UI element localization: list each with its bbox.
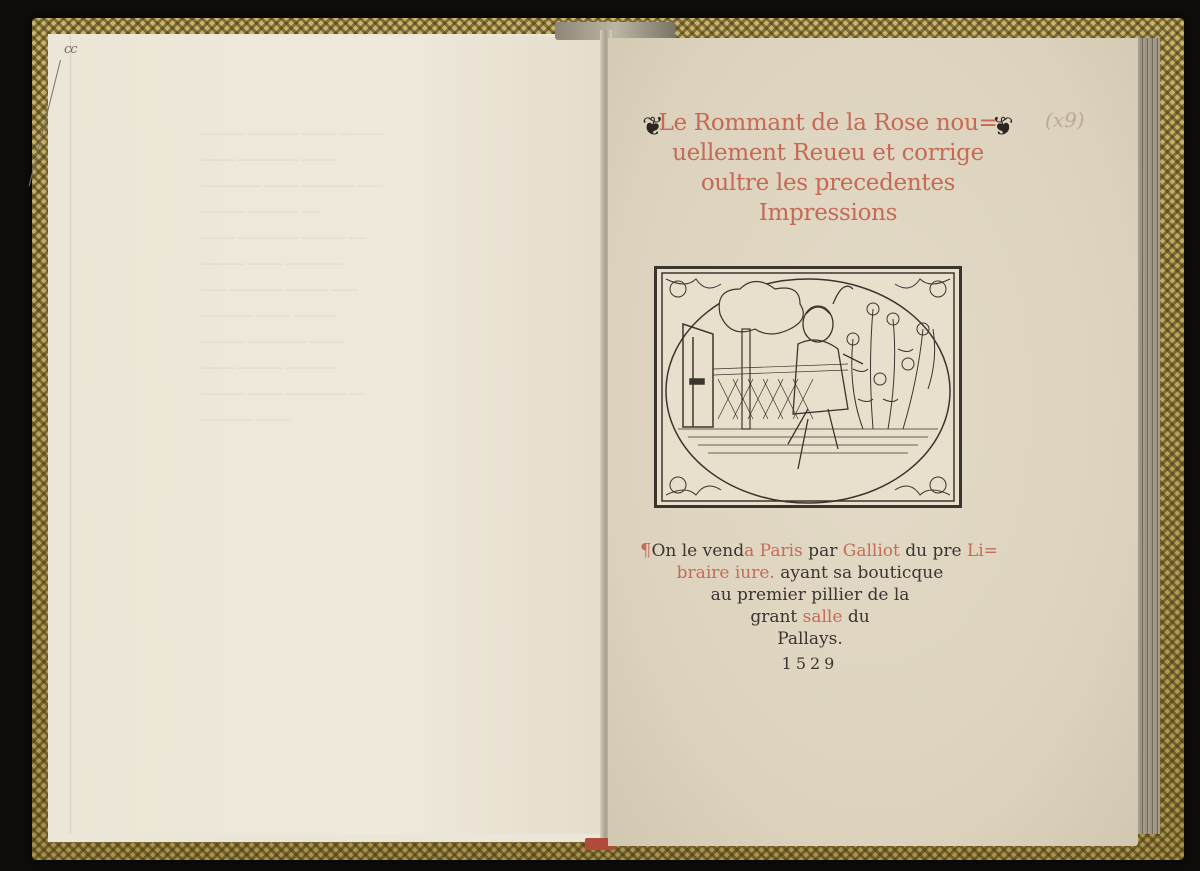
title-line-1: Le Rommant de la Rose nou= — [638, 108, 1018, 138]
page-fore-edge — [1135, 38, 1160, 834]
book-photograph: ───── ────── ──── ───── ──── ─────── ───… — [0, 0, 1200, 871]
faded-shelfmark: (x9) — [1045, 108, 1085, 132]
imprint-text: ayant sa bouticque — [775, 563, 943, 583]
pilcrow-icon: ¶ — [640, 540, 651, 561]
imprint-line-5: Pallays. — [640, 628, 980, 650]
imprint-line-3: au premier pillier de la — [640, 584, 980, 606]
imprint-block: ¶On le venda Paris par Galliot du pre Li… — [640, 540, 980, 650]
imprint-rubric: salle — [803, 607, 843, 627]
title-line-4: Impressions — [638, 198, 1018, 228]
title-line-2: uellement Reueu et corrige — [638, 138, 1018, 168]
book-title: Le Rommant de la Rose nou= uellement Reu… — [638, 108, 1018, 228]
woodcut-illustration — [654, 266, 962, 508]
imprint-line-4: grant salle du — [640, 606, 980, 628]
imprint-text: du — [842, 607, 869, 627]
imprint-rubric: Li= — [967, 541, 998, 561]
imprint-rubric: a Paris — [744, 541, 803, 561]
title-line-3: oultre les precedentes — [638, 168, 1018, 198]
imprint-text: du pre — [900, 541, 967, 561]
left-flyleaf-page: ───── ────── ──── ───── ──── ─────── ───… — [70, 36, 603, 834]
imprint-line-1: ¶On le venda Paris par Galliot du pre Li… — [640, 540, 980, 562]
imprint-text: grant — [750, 607, 802, 627]
pencil-annotation: cc — [64, 42, 77, 57]
show-through-text: ───── ────── ──── ───── ──── ─────── ───… — [201, 96, 631, 434]
imprint-line-2: braire iure. ayant sa bouticque — [640, 562, 980, 584]
imprint-text: On le vend — [651, 541, 744, 561]
publication-date: 1529 — [760, 654, 860, 673]
imprint-text: par — [803, 541, 843, 561]
imprint-rubric: Galliot — [843, 541, 900, 561]
imprint-rubric: braire iure. — [677, 563, 775, 583]
woodcut-lover-rose-icon — [657, 269, 959, 505]
